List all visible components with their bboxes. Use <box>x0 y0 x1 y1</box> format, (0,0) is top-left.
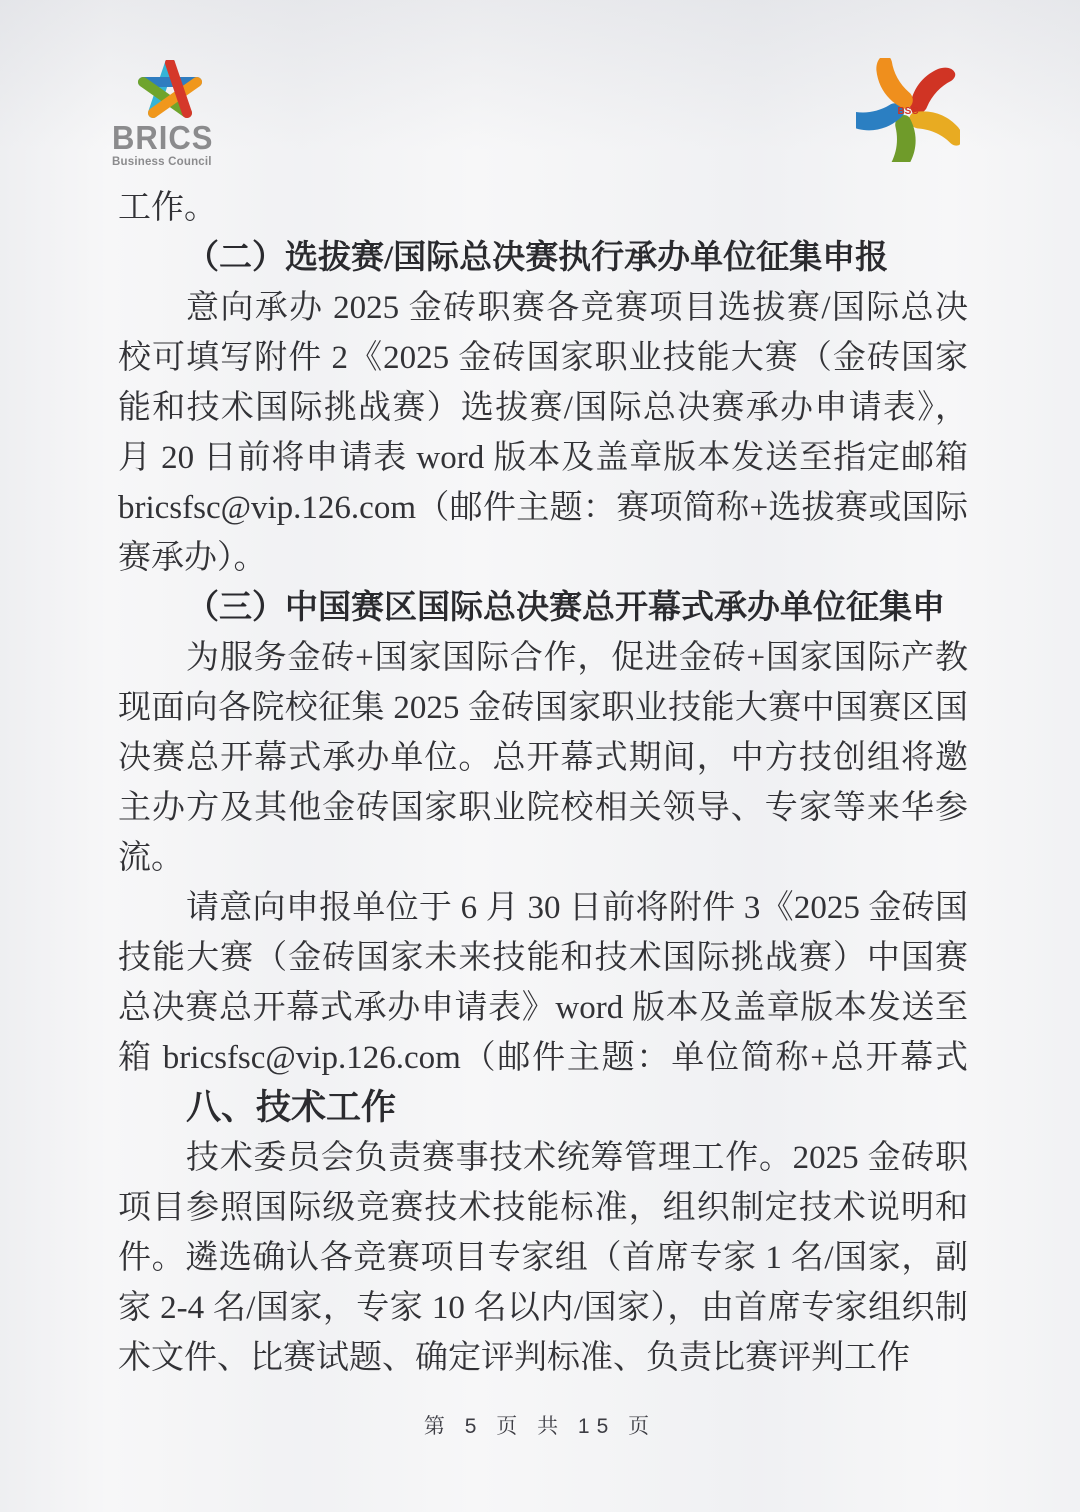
text-line: 家 2-4 名/国家，专家 10 名以内/国家），由首席专家组织制定技 <box>118 1283 968 1333</box>
brics-logo-subtitle: Business Council <box>112 156 252 168</box>
text-line: 件。遴选确认各竞赛项目专家组（首席专家 1 名/国家，副首席专 <box>118 1233 968 1283</box>
text-line: bricsfsc@vip.126.com（邮件主题：赛项简称+选拔赛或国际总决 <box>118 483 968 533</box>
section-heading: （三）中国赛区国际总决赛总开幕式承办单位征集申报 <box>118 583 968 633</box>
text-line: 箱 bricsfsc@vip.126.com（邮件主题：单位简称+总开幕式承办）… <box>118 1033 968 1083</box>
brics-logo-wordmark: BRICS <box>112 121 252 154</box>
brics-star-icon <box>138 60 202 118</box>
bsc-logo-label: BSC <box>897 106 918 117</box>
text-line: 项目参照国际级竞赛技术技能标准，组织制定技术说明和技术文 <box>118 1183 968 1233</box>
text-line: 流。 <box>118 833 968 883</box>
text-line: 为服务金砖+国家国际合作，促进金砖+国家国际产教融合， <box>118 633 968 683</box>
brics-business-council-logo: BRICS Business Council <box>112 60 252 168</box>
page-number-indicator: 第 5 页 共 15 页 <box>0 1410 1080 1440</box>
text-line: 术文件、比赛试题、确定评判标准、负责比赛评判工作等。 <box>118 1333 968 1383</box>
bsc-pinwheel-icon: BSC <box>856 58 960 162</box>
text-line: 技术委员会负责赛事技术统筹管理工作。2025 金砖职赛竞赛 <box>118 1133 968 1183</box>
section-heading: 八、技术工作 <box>118 1083 968 1133</box>
text-line: 意向承办 2025 金砖职赛各竞赛项目选拔赛/国际总决赛的院 <box>118 283 968 333</box>
text-line: 决赛总开幕式承办单位。总开幕式期间，中方技创组将邀请巴西 <box>118 733 968 783</box>
text-line: 赛承办）。 <box>118 533 968 583</box>
text-line: 主办方及其他金砖国家职业院校相关领导、专家等来华参观、交 <box>118 783 968 833</box>
text-line: 总决赛总开幕式承办申请表》word 版本及盖章版本发送至指定邮 <box>118 983 968 1033</box>
scanned-document-page: BRICS Business Council BSC 工作。（二）选拔赛/国际总… <box>0 0 1080 1512</box>
text-line: 能和技术国际挑战赛）选拔赛/国际总决赛承办申请表》，并于 7 <box>118 383 968 433</box>
text-line: 技能大赛（金砖国家未来技能和技术国际挑战赛）中国赛区国际 <box>118 933 968 983</box>
section-heading: （二）选拔赛/国际总决赛执行承办单位征集申报 <box>118 233 968 283</box>
text-line: 现面向各院校征集 2025 金砖国家职业技能大赛中国赛区国际总 <box>118 683 968 733</box>
text-line: 请意向申报单位于 6 月 30 日前将附件 3《2025 金砖国家职业 <box>118 883 968 933</box>
text-line: 校可填写附件 2《2025 金砖国家职业技能大赛（金砖国家未来技 <box>118 333 968 383</box>
document-body: 工作。（二）选拔赛/国际总决赛执行承办单位征集申报意向承办 2025 金砖职赛各… <box>118 183 968 1383</box>
text-line: 工作。 <box>118 183 968 233</box>
text-line: 月 20 日前将申请表 word 版本及盖章版本发送至指定邮箱 <box>118 433 968 483</box>
